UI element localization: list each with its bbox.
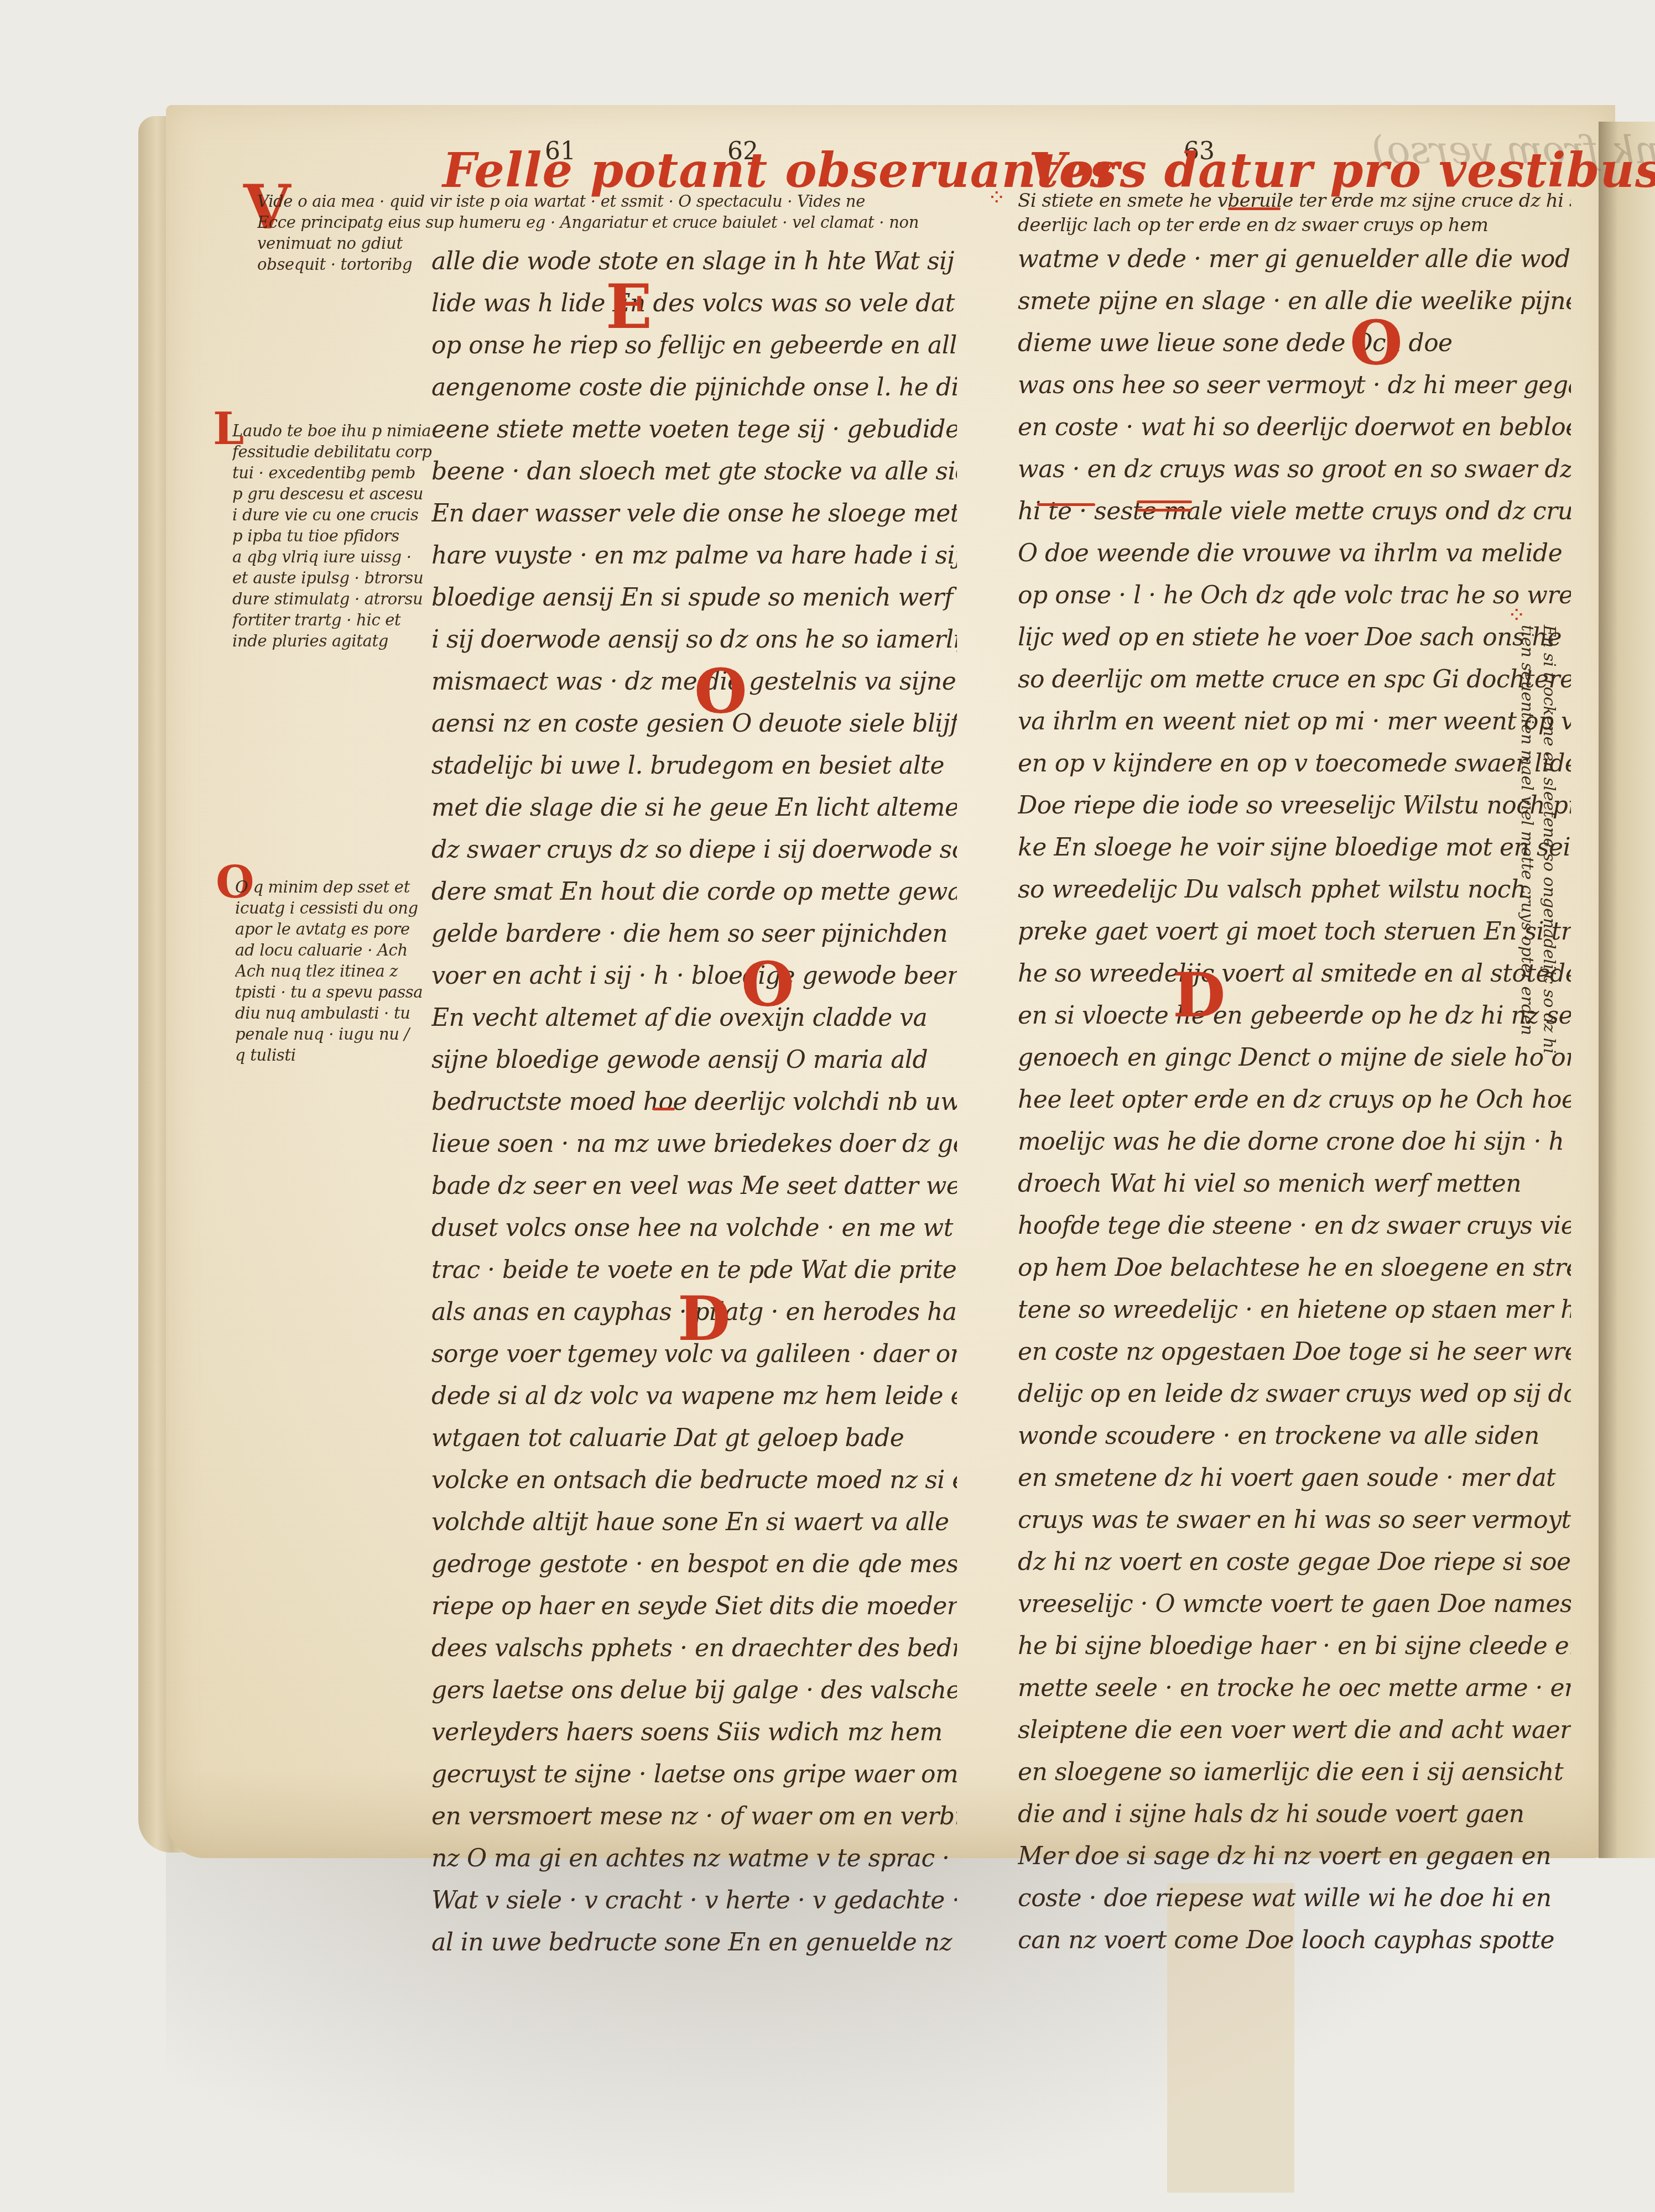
text-line: stadelijc bi uwe l. brudegom en besiet a…	[431, 745, 957, 787]
text-line: wtgaen tot caluarie Dat gt geloep bade	[431, 1417, 957, 1459]
text-line: he bi sijne bloedige haer · en bi sijne …	[1018, 1625, 1571, 1667]
red-underline	[1037, 503, 1095, 506]
text-line: mette seele · en trocke he oec mette arm…	[1018, 1667, 1571, 1709]
gloss-line: ad locu caluarie · Ach	[235, 940, 431, 961]
gloss-line: tpisti · tu a spevu passa	[235, 982, 431, 1003]
text-line: die and i sijne hals dz hi soude voert g…	[1018, 1793, 1571, 1835]
gloss-left-2: O q minim dep sset et icuatg i cessisti …	[235, 877, 431, 1066]
text-line: dees valschs pphets · en draechter des b…	[431, 1627, 957, 1670]
text-line: op onse he riep so fellijc en gebeerde e…	[431, 325, 957, 367]
gloss-line: Laudo te boe ihu p nimia	[232, 420, 431, 441]
text-line: gecruyst te sijne · laetse ons gripe wae…	[431, 1754, 957, 1796]
text-line: wonde scoudere · en trockene va alle sid…	[1018, 1415, 1571, 1457]
text-line: beene · dan sloech met gte stocke va all…	[431, 451, 957, 493]
text-line: bade dz seer en veel was Me seet datter …	[431, 1165, 957, 1207]
text-line: sijne bloedige gewode aensij O maria ald	[431, 1039, 957, 1081]
red-initial-o: O	[694, 661, 747, 722]
text-line: moelijc was he die dorne crone doe hi si…	[1018, 1121, 1571, 1163]
text-line: can nz voert come Doe looch cayphas spot…	[1018, 1919, 1571, 1961]
gloss-top-line: Ecce principatg eius sup humeru eg · Ang…	[257, 212, 987, 233]
text-line: hare vuyste · en mz palme va hare hade i…	[431, 535, 957, 577]
text-line: hee leet opter erde en dz cruys op he Oc…	[1018, 1079, 1571, 1121]
text-line: so deerlijc om mette cruce en spc Gi doc…	[1018, 659, 1571, 701]
text-line: lieue soen · na mz uwe briedekes doer dz…	[431, 1123, 957, 1165]
gloss-top-line: venimuat no gdiut	[257, 233, 456, 254]
text-line: dere smat En hout die corde op mette gew…	[431, 871, 957, 913]
text-line: verleyders haers soens Siis wdich mz hem	[431, 1712, 957, 1754]
red-underline	[1137, 509, 1192, 512]
text-line: i sij doerwode aensij so dz ons he so ia…	[431, 619, 957, 661]
text-line: hi te · seste male viele mette cruys ond…	[1018, 491, 1571, 533]
text-line: met die slage die si he geue En licht al…	[431, 787, 957, 829]
text-line: bedructste moed hoe deerlijc volchdi nb …	[431, 1081, 957, 1123]
text-line: vreeselijc · O wmcte voert te gaen Doe n…	[1018, 1583, 1571, 1625]
text-line: smete pijne en slage · en alle die weeli…	[1018, 280, 1571, 322]
gloss-top-line: Vide o aia mea · quid vir iste p oia war…	[257, 191, 987, 212]
text-line: en si vloecte he en gebeerde op he dz hi…	[1018, 995, 1571, 1037]
text-line: coste · doe riepese wat wille wi he doe …	[1018, 1877, 1571, 1919]
text-line: droech Wat hi viel so menich werf metten	[1018, 1163, 1571, 1205]
text-line: so wreedelijc Du valsch pphet wilstu noc…	[1018, 869, 1571, 911]
text-line: was ons hee so seer vermoyt · dz hi meer…	[1018, 364, 1571, 406]
text-line: op onse · l · he Och dz qde volc trac he…	[1018, 575, 1571, 617]
text-line: alle die wode stote en slage in h hte Wa…	[431, 241, 957, 283]
red-initial-o: O	[741, 954, 794, 1015]
text-line: dieme uwe lieue sone dede Och doe	[1018, 322, 1571, 364]
text-line: sleiptene die een voer wert die and acht…	[1018, 1709, 1571, 1751]
text-line: en sloegene so iamerlijc die een i sij a…	[1018, 1751, 1571, 1793]
text-line: En vecht altemet af die ovexijn cladde v…	[431, 997, 957, 1039]
text-line: en smetene dz hi voert gaen soude · mer …	[1018, 1457, 1571, 1499]
margin-note-line: En si trockene en sleetene so ongenadeli…	[1539, 625, 1559, 1053]
text-line: Si stiete en smete he vberuile ter erde …	[1018, 190, 1571, 212]
text-line: nz O ma gi en achtes nz watme v te sprac…	[431, 1838, 957, 1880]
text-line: En daer wasser vele die onse he sloege m…	[431, 493, 957, 535]
text-line: deerlijc lach op ter erde en dz swaer cr…	[1018, 212, 1571, 238]
gloss-line: apor le avtatg es pore	[235, 919, 431, 940]
text-line: voer en acht i sij · h · bloedige gewode…	[431, 955, 957, 997]
text-line: en coste nz opgestaen Doe toge si he see…	[1018, 1331, 1571, 1373]
text-line: lide was h lide En des volcs was so vele…	[431, 283, 957, 325]
gloss-line: Ach nuq tlez itinea z	[235, 961, 431, 982]
red-initial-d: D	[678, 1288, 730, 1349]
text-line: tene so wreedelijc · en hietene op staen…	[1018, 1289, 1571, 1331]
margin-note-vertical: En si trockene en sleetene so ongenadeli…	[1516, 625, 1560, 1053]
text-line: preke gaet voert gi moet toch steruen En…	[1018, 911, 1571, 953]
text-line: dz swaer cruys dz so diepe i sij doerwod…	[431, 829, 957, 871]
gloss-line: penale nuq · iugu nu /	[235, 1024, 431, 1045]
text-line: hoofde tege die steene · en dz swaer cru…	[1018, 1205, 1571, 1247]
text-column-left: alle die wode stote en slage in h hte Wa…	[431, 241, 957, 1964]
text-line: eene stiete mette voeten tege sij · gebu…	[431, 409, 957, 451]
text-line: was · en dz cruys was so groot en so swa…	[1018, 448, 1571, 491]
text-line: dz hi nz voert en coste gegae Doe riepe …	[1018, 1541, 1571, 1583]
gloss-line: diu nuq ambulasti · tu	[235, 1003, 431, 1024]
gloss-line: fortiter trartg · hic et	[232, 609, 431, 630]
text-line: dede si al dz volc va wapene mz hem leid…	[431, 1375, 957, 1417]
red-underline	[653, 1108, 675, 1110]
gloss-line: inde pluries agitatg	[232, 630, 431, 651]
text-line: riepe op haer en seyde Siet dits die moe…	[431, 1585, 957, 1627]
gloss-line: q tulisti	[235, 1045, 431, 1066]
gloss-line: et auste ipulsg · btrorsu	[232, 567, 431, 588]
red-underline	[1137, 500, 1192, 503]
text-line: delijc op en leide dz swaer cruys wed op…	[1018, 1373, 1571, 1415]
gloss-line: p gru descesu et ascesu	[232, 483, 431, 504]
text-column-right: Si stiete en smete he vberuile ter erde …	[1018, 190, 1571, 1961]
book-gutter	[1599, 122, 1655, 1858]
text-line: bloedige aensij En si spude so menich we…	[431, 577, 957, 619]
text-line: lijc wed op en stiete he voer Doe sach o…	[1018, 617, 1571, 659]
text-line: watme v dede · mer gi genuelder alle die…	[1018, 238, 1571, 280]
text-line: en versmoert mese nz · of waer om en ver…	[431, 1796, 957, 1838]
gloss-line: icuatg i cessisti du ong	[235, 898, 431, 919]
red-initial-o: O	[1350, 312, 1403, 373]
text-line: genoech en gingc Denct o mijne de siele …	[1018, 1037, 1571, 1079]
gloss-line: tui · excedentibg pemb	[232, 462, 431, 483]
text-line: duset volcs onse hee na volchde · en me …	[431, 1207, 957, 1249]
gloss-line: a qbg vlriq iure uissg ·	[232, 546, 431, 567]
red-initial-e: E	[606, 276, 652, 337]
text-line: al in uwe bedructe sone En en genuelde n…	[431, 1922, 957, 1964]
text-line: ke En sloege he voir sijne bloedige mot …	[1018, 827, 1571, 869]
text-line: volcke en ontsach die bedructe moed nz s…	[431, 1459, 957, 1501]
text-line: he so wreedelijc voert al smitede en al …	[1018, 953, 1571, 995]
gloss-line: O q minim dep sset et	[235, 877, 431, 898]
gloss-top-line: obsequit · tortoribg	[257, 254, 456, 275]
gloss-left-1: Laudo te boe ihu p nimia fessitudie debi…	[232, 420, 431, 651]
text-line: gedroge gestote · en bespot en die qde m…	[431, 1543, 957, 1585]
text-line: gers laetse ons delue bij galge · des va…	[431, 1670, 957, 1712]
text-line: en op v kijndere en op v toecomede swaer…	[1018, 743, 1571, 785]
text-line: O doe weende die vrouwe va ihrlm va meli…	[1018, 533, 1571, 575]
text-line: op hem Doe belachtese he en sloegene en …	[1018, 1247, 1571, 1289]
text-line: va ihrlm en weent niet op mi · mer weent…	[1018, 701, 1571, 743]
text-line: Mer doe si sage dz hi nz voert en gegaen…	[1018, 1835, 1571, 1877]
text-line: volchde altijt haue sone En si waert va …	[431, 1501, 957, 1543]
text-line: aengenome coste die pijnichde onse l. he…	[431, 367, 957, 409]
text-line: gelde bardere · die hem so seer pijnichd…	[431, 913, 957, 955]
gloss-line: p ipba tu tioe pfidors	[232, 525, 431, 546]
paragraph-mark-icon: ⁘	[987, 185, 1006, 211]
gloss-line: fessitudie debilitatu corpi	[232, 441, 431, 462]
text-line: cruys was te swaer en hi was so seer ver…	[1018, 1499, 1571, 1541]
text-line: en coste · wat hi so deerlijc doerwot en…	[1018, 406, 1571, 448]
margin-note-line: tien seuentien mael viel mette cruys opt…	[1517, 625, 1537, 1035]
text-line: Wat v siele · v cracht · v herte · v ged…	[431, 1880, 957, 1922]
red-initial-d: D	[1173, 965, 1225, 1026]
text-line: Doe riepe die iode so vreeselijc Wilstu …	[1018, 785, 1571, 827]
red-underline	[1228, 207, 1281, 210]
gloss-line: i dure vie cu one crucis	[232, 504, 431, 525]
gloss-line: dure stimulatg · atrorsu	[232, 588, 431, 609]
rubric-heading-left: Felle potant obseruantes	[443, 143, 1117, 199]
